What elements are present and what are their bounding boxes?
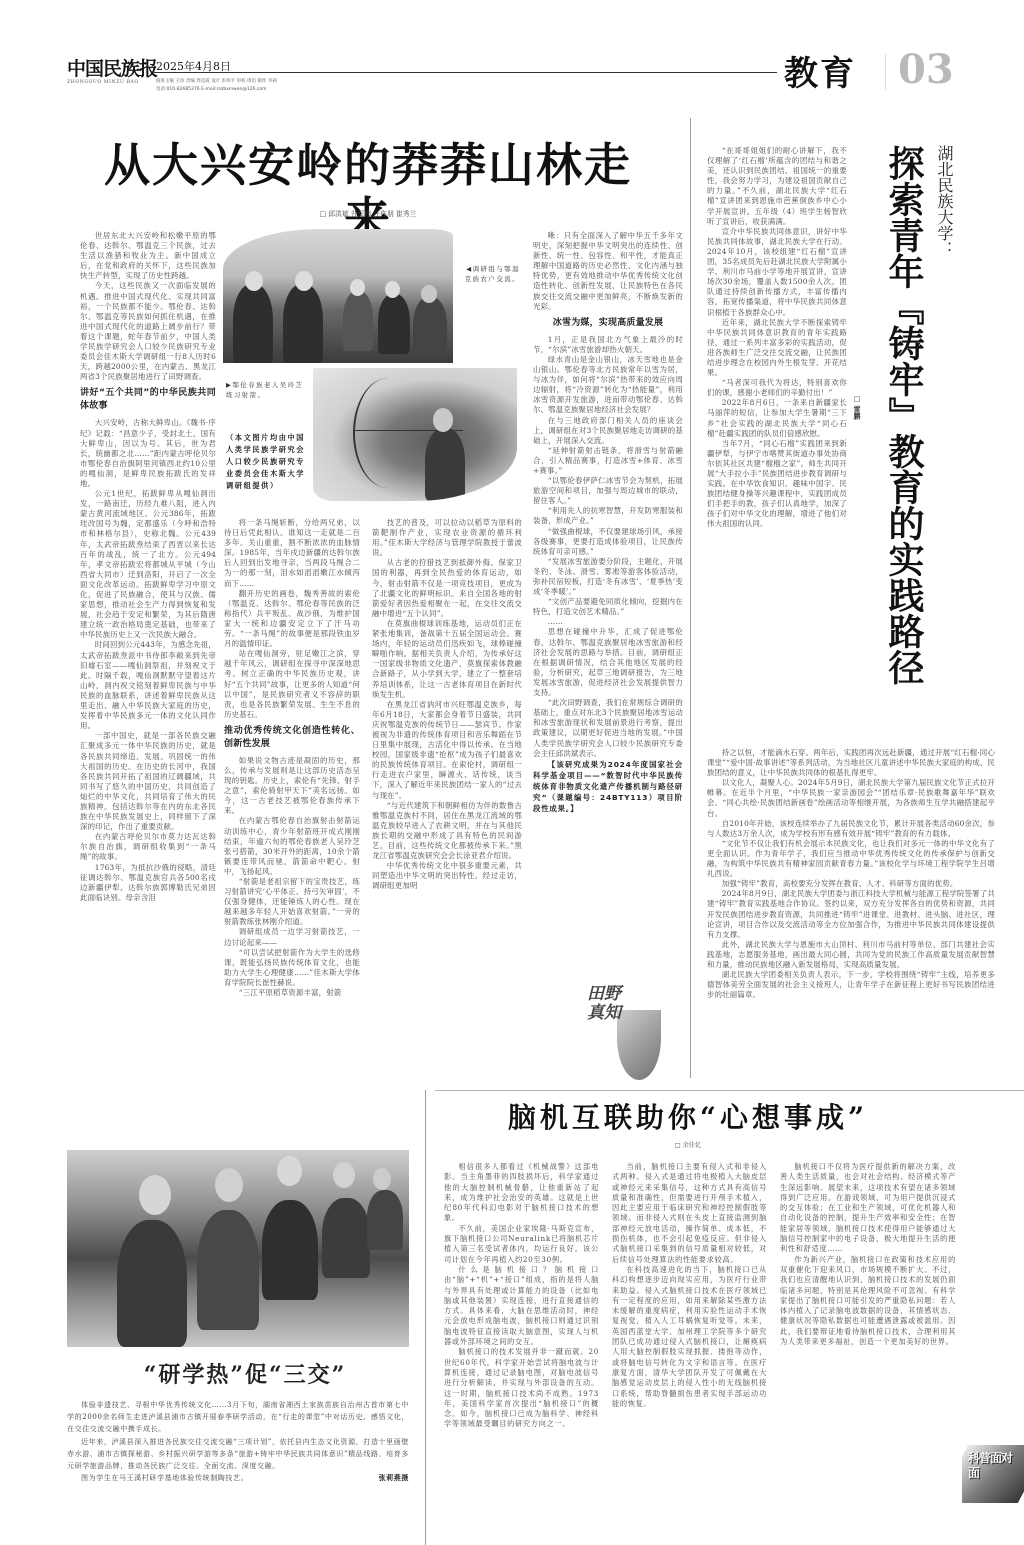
paragraph: 湖北民族大学团委相关负责人表示，下一步，学校将围绕“铸牢”主线，培养更多德智体美… xyxy=(707,970,995,1000)
photo-credit: （本文图片均由中国人类学民族学研究会人口较少民族研究专业委员会佳木斯大学调研组提… xyxy=(226,432,308,492)
paragraph: 此外，湖北民族大学与恩施市大山顶村、利川市马前村等单位、部门共建社会实践基地，志… xyxy=(707,940,995,970)
editors-line: 值班主编 王珍 责编 周竞霞 设计 彭凤平 审校 周迅 制作 李莉 xyxy=(156,78,277,84)
paragraph: 近年来，泸溪县深入推进各民族交往交流交融“三项计划”，依托县内生态文化资源，打造… xyxy=(67,1436,409,1473)
newspaper-logo: 中国民族报 xyxy=(67,54,157,81)
photo-research-team-visit xyxy=(223,229,453,363)
section-rule xyxy=(435,1090,1024,1091)
paragraph: 2024年8月9日，湖北民族大学团委与浙江科技大学机械与能源工程学院签署了共建“… xyxy=(707,889,995,939)
photo-caption: 图为学生在马王溪村研学基地体验传统制陶技艺。 xyxy=(81,1474,248,1482)
photo1-caption: ◀调研组与鄂温克族农户交流。 xyxy=(462,264,520,284)
paragraph: “以鄂伦春伊萨仁冰雪节会为契机，拓展旅游空间和项目，加强与周边城市的联动，留住客… xyxy=(533,476,683,506)
photo-students-pottery xyxy=(67,1150,409,1347)
photographer: 张莉燕摄 xyxy=(365,1472,409,1484)
paragraph: 1763年，为抵抗沙俄的侵略，清廷征调达斡尔、鄂温克族官兵各500名戍边新疆伊犁… xyxy=(80,863,216,903)
paragraph: “利用先人的抗寒智慧，开发防寒服装和装备，形成产业。” xyxy=(533,506,683,526)
article3-col3: 脑机接口不仅将为医疗提供新的解决方案，改善人类生活质量，也会对社会结构、经济模式… xyxy=(780,1162,956,1347)
paragraph: “延伸射箭射击链条，将滑雪与射箭融合，引入精品赛事，打造冰雪+体育、冰雪+赛事。… xyxy=(533,446,683,476)
paragraph: 大兴安岭，古称大鲜卑山。《魏书·序纪》记载：“昌意少子，受封北土，国有大鲜卑山，… xyxy=(80,418,216,489)
paragraph: 1月，正是我国北方气象上最冷的时节，“尔滨”冰雪旅游却热火朝天。 xyxy=(533,335,683,355)
paragraph: “三江平原稻草资源丰富，射箭 xyxy=(224,988,360,998)
paragraph: 持之以恒，才能滴水石穿。两年后，实践团再次远赴新疆，通过开展“红石榴·同心课堂”… xyxy=(707,748,995,778)
paragraph: “在哥哥姐姐们的耐心讲解下，我不仅理解了‘红石榴’所蕴含的团结与和谐之美，还认识… xyxy=(707,146,847,227)
paragraph: 加强“铸牢”教育，高校要充分发挥在教育、人才、科研等方面的优势。 xyxy=(707,879,995,889)
paragraph: “文化节不仅让我们有机会展示本民族文化，也让我们对多元一体的中华文化有了更全面认… xyxy=(707,839,995,879)
paragraph: 在莫旗曲棍球训练基地，运动员们正在紧张地集训，备战第十五届全国运动会。赛场内，年… xyxy=(372,619,522,700)
newspaper-pinyin: ZHONGGUO MINZU BAO xyxy=(67,80,139,85)
article2-headline[interactable]: 探索青年『铸牢』教育的实践路径 xyxy=(880,145,924,685)
article3-col2: 当前，脑机接口主要有侵入式和非侵入式两种。侵入式是通过将电极植入大脑皮层或神经元… xyxy=(612,1162,767,1409)
paragraph: 一部中国史，就是一部各民族交融汇聚成多元一体中华民族的历史，就是各民族共同缔造、… xyxy=(80,731,216,832)
paragraph: “做强曲棍球，不仅要建球场引风，承接各级赛事，更要打造成体验项目，让民族传统体育… xyxy=(533,527,683,557)
contact-line: 电话:010-82685376 E-mail:mzbxinwen@126.com xyxy=(156,86,267,92)
paragraph: …… xyxy=(533,617,683,627)
paragraph: 2022年8月6日，一条来自新疆家长马丽萍的短信，让参加大学生暑期“三下乡”社会… xyxy=(707,398,847,438)
article2-kicker: 湖北民族大学： xyxy=(935,145,953,257)
paragraph: 作为新兴产业，脑机接口在政策和技术应用的双重催化下迎来风口，市场规模不断扩大。不… xyxy=(780,1255,956,1348)
paragraph: 自2010年开始，该校连续举办了九届民族文化节，累计开展各类活动60余次，参与人… xyxy=(707,819,995,839)
photo2-caption: ▶鄂伦春族老人吴玲芝练习射箭。 xyxy=(226,380,308,400)
paragraph: “文创产品要避免同质化倾向，挖掘内在特色，打造文创艺术精品。” xyxy=(533,597,683,617)
paragraph: 将一条马绳斩断，分给两兄弟，以待日后凭此相认。谁知这一走就是二百多年。关山重重，… xyxy=(224,518,360,589)
article1-col1: 世居东北大兴安岭和松嫩平原的鄂伦春、达斡尔、鄂温克三个民族，过去生活以渔猎和牧业… xyxy=(80,231,216,903)
paragraph: 在黑龙江省讷河市兴旺鄂温克族乡，每年6月18日，大家都会身着节日盛装，共同庆祝鄂… xyxy=(372,700,522,801)
column-logo-text: 科普面对面 xyxy=(968,1451,1020,1481)
page-number: 03 xyxy=(898,46,954,93)
paragraph: 如果说文物古迹是凝固的历史，那么，传承与发展则是让这部历史活态呈现的钥匙。历史上… xyxy=(224,756,360,817)
paragraph: 在内蒙古鄂伦春自治旗射击射箭运动训练中心，青少年射箭班开成式刚刚结束，年逾六旬的… xyxy=(224,816,360,877)
paragraph: 站在嘎仙洞旁，驻足嫩江之滨，穿越千年风云，调研组在探寻中深深地思考。树立正确的中… xyxy=(224,649,360,720)
article1-col3: 技艺的普及，可以拉动以稻草为原料的箭靶制作产业，实现农业资源的循环利用。”佳木斯… xyxy=(372,518,522,891)
paragraph: 不久前，美国企业家埃隆·马斯克宣布，旗下脑机接口公司Neuralink已将脑机芯… xyxy=(444,1224,599,1265)
article2-author: □ 雷鹏 xyxy=(852,395,862,419)
paragraph: 脑机接口的技术发展并非一蹴而就。20世纪60年代，科学家开始尝试将脑电波与计算机… xyxy=(444,1347,599,1429)
paragraph: 技艺的普及，可以拉动以稻草为原料的箭靶制作产业，实现农业资源的循环利用。”佳木斯… xyxy=(372,518,522,558)
article3-headline[interactable]: 脑机互联助你“心想事成” xyxy=(448,1100,928,1136)
article1-subhead-3: 冰雪为媒，实现高质量发展 xyxy=(533,317,683,330)
photo-story-title[interactable]: “研学热”促“三交” xyxy=(60,1358,430,1389)
funding-note: 【该研究成果为2024年度国家社会科学基金项目——“数智时代中华民族传统体育非物… xyxy=(533,759,683,814)
section-name: 教育 xyxy=(784,46,856,95)
paragraph: “发展冰雪旅游要分阶段，主题化，开展冬钓、冬泳、滑雪、雾凇等游客体验活动，弥补民… xyxy=(533,557,683,597)
paragraph: 思想在碰撞中升华，汇成了促进鄂伦春、达斡尔、鄂温克族聚居地冰雪旅游和经济社会发展… xyxy=(533,627,683,698)
paragraph: 近年来，湖北民族大学不断探索铸牢中华民族共同体意识教育的青年实践路径，通过一系列… xyxy=(707,318,847,379)
paragraph: 公元1世纪，拓跋鲜卑从嘎仙洞出发，一路南迁，历经九难八阻，进入内蒙古黄河流域地区… xyxy=(80,489,216,640)
paragraph: 晰：只有全面深入了解中华五千多年文明史，深刻把握中华文明突出的连续性、创新性、统… xyxy=(533,231,683,312)
article2-col-a: “在哥哥姐姐们的耐心讲解下，我不仅理解了‘红石榴’所蕴含的团结与和谐之美，还认识… xyxy=(707,146,847,530)
column-logo-text: 田野真知 xyxy=(587,985,635,1023)
article1-subhead-2: 推动优秀传统文化创造性转化、创新性发展 xyxy=(224,725,360,751)
paragraph: 图为学生在马王溪村研学基地体验传统制陶技艺。张莉燕摄 xyxy=(67,1472,409,1484)
column-logo-science-face-to-face: 科普面对面 xyxy=(962,1445,1024,1503)
paragraph: 体验非遗技艺、寻根中华优秀传统文化……3月下旬，湖南省湘西土家族苗族自治州古首市… xyxy=(67,1399,409,1436)
article3-byline: □ 余佳忆 xyxy=(448,1140,928,1149)
article1-col4: 晰：只有全面深入了解中华五千多年文明史，深刻把握中华文明突出的连续性、创新性、统… xyxy=(533,231,683,814)
paragraph: 翻开历史的画卷，魏秀善故的索伦（鄂温克、达斡尔、鄂伦春等民族的泛称指代）兵平叛乱… xyxy=(224,589,360,650)
masthead-rule xyxy=(154,72,777,73)
paragraph: 今天，这些民族又一次面临发展的机遇。推进中国式现代化、实现共同富裕，一个民族都不… xyxy=(80,281,216,382)
paragraph: 从古老的狩猎技艺到抵御外侮、保家卫国的利器，再到全民热爱的体育运动，如今，射击射… xyxy=(372,558,522,619)
paragraph: 当前，脑机接口主要有侵入式和非侵入式两种。侵入式是通过将电极植入大脑皮层或神经元… xyxy=(612,1162,767,1265)
article1-col2: 将一条马绳斩断，分给两兄弟，以待日后凭此相认。谁知这一走就是二百多年。关山重重，… xyxy=(224,518,360,998)
paragraph: “此次田野调查，我们在常规综合调研的基础上，重点对东北3个民族聚居地冰雪运动和冰… xyxy=(533,698,683,759)
paragraph: 中华优秀传统文化中很多重要元素，共同塑造出中华文明的突出特性。经过走访，调研组更… xyxy=(372,861,522,891)
paragraph: “马者深可我代为将达，特别喜欢你们的课，感谢小老师们的辛勤付出！” xyxy=(707,378,847,398)
article1-byline: □ 邱洪斌 井军伟 汪作朋 崔秀兰 xyxy=(88,208,648,218)
paragraph: 以文化人，凝聚人心。2024年5月9日，湖北民族大学第九届民族文化节正式拉开帷幕… xyxy=(707,778,995,818)
photo-story-body: 体验非遗技艺、寻根中华优秀传统文化……3月下旬，湖南省湘西土家族苗族自治州古首市… xyxy=(67,1399,409,1484)
paragraph: 绿水青山是金山银山，冰天雪地也是金山银山。鄂伦春等北方民族常年以雪为居，与冰为伴… xyxy=(533,355,683,416)
paragraph: 当年7月，“同心石榴”实践团来到新疆伊犁，与伊宁市喀赞其街道办事处协商尔依其社区… xyxy=(707,439,847,530)
paragraph: 世居东北大兴安岭和松嫩平原的鄂伦春、达斡尔、鄂温克三个民族，过去生活以渔猎和牧业… xyxy=(80,231,216,281)
photo-archery-practice xyxy=(313,368,517,501)
paragraph: 在内蒙古呼伦贝尔市莫力达瓦达斡尔族自治旗，调研组收集到“一条马绳”的故事。 xyxy=(80,832,216,862)
paragraph: 相信很多人都看过《机械战警》这部电影。当主角墨菲的四肢损坏后，科学家通过他的大脑… xyxy=(444,1162,599,1224)
paragraph: “可以尝试把射箭作为大学生的选修课，既能弘扬民族传统体育文化，也能助力大学生心理… xyxy=(224,948,360,988)
column-divider xyxy=(690,118,691,1078)
paragraph: 脑机接口不仅将为医疗提供新的解决方案，改善人类生活质量，也会对社会结构、经济模式… xyxy=(780,1162,956,1255)
column-divider-bottom xyxy=(425,1090,426,1545)
paragraph: 宣介中华民族共同体意识，讲好中华民族共同体故事，湖北民族大学在行动。2024年1… xyxy=(707,227,847,318)
column-logo-field-insight: 田野真知 xyxy=(587,985,677,1085)
section-divider xyxy=(885,54,886,90)
article3-col1: 相信很多人都看过《机械战警》这部电影。当主角墨菲的四肢损坏后，科学家通过他的大脑… xyxy=(444,1162,599,1430)
paragraph: 调研组成员一边学习射箭技艺，一边讨论起来—— xyxy=(224,927,360,947)
article1-subhead-1: 讲好“五个共同”的中华民族共同体故事 xyxy=(80,387,216,413)
paragraph: 时间回到公元443年，为感念先祖，太武帝拓跋焘派中书侍郎李敞来到先帝旧墟石室——… xyxy=(80,640,216,731)
paragraph: 在与三地政府部门相关人员的座谈会上，调研组在对3个民族聚居地走访调研的基础上，开… xyxy=(533,416,683,446)
paragraph: 在科技高速进化的当下，脑机接口已从科幻构想逐步迈向现实应用，为医疗行业带来助益。… xyxy=(612,1265,767,1409)
article2-col-b: 持之以恒，才能滴水石穿。两年后，实践团再次远赴新疆，通过开展“红石榴·同心课堂”… xyxy=(707,748,995,1000)
paragraph: “与近代建筑下和朝鲜相仿为伴的数鲁古雅鄂温克族村不同，居住在黑龙江流域的鄂温克族… xyxy=(372,801,522,862)
paragraph: 什么是脑机接口？脑机接口由“脑”+“机”+“接口”组成，指的是将人脑与外界具有处… xyxy=(444,1265,599,1347)
paragraph: “射箭是老祖宗留下的宝贵技艺，练习射箭讲究‘心平体正、持弓矢审固’，不仅强身健体… xyxy=(224,877,360,927)
